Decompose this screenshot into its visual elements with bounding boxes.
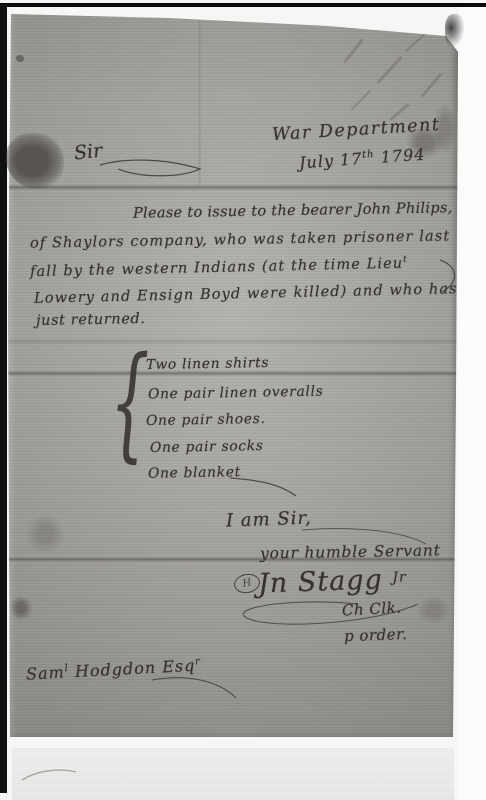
fold-crease-faint: [8, 338, 460, 345]
signer-title: Ch Clk.: [342, 598, 402, 619]
paper-corner-shadow: [445, 14, 465, 48]
scanned-letter-page: War Department July 17th 1794 Sir Please…: [0, 0, 486, 800]
signature-name: Jn Stagg: [258, 564, 384, 599]
issue-item-3: One pair shoes.: [146, 411, 266, 429]
addressee-sup2: r: [195, 656, 201, 667]
scan-frame-top: [0, 3, 486, 7]
paren-flourish: [436, 258, 466, 294]
scan-frame-left: [0, 5, 7, 793]
fold-crease-1: [8, 184, 460, 191]
issue-item-2: One pair linen overalls: [148, 383, 324, 402]
pencil-arc-bottom: [20, 764, 80, 784]
signature: Jn Stagg Jr: [258, 563, 408, 599]
addressee-pre: Sam: [26, 663, 66, 684]
scan-margin-right: [458, 7, 486, 800]
signer-note: p order.: [344, 625, 408, 645]
smudge-margin-left: [10, 596, 32, 620]
blanket-flourish: [228, 474, 300, 500]
list-brace: {: [110, 330, 149, 476]
valediction-line-2: your humble Servant: [260, 541, 441, 562]
smudge-lower-left: [26, 514, 64, 554]
body-line-5: just returned.: [36, 311, 146, 329]
date-year: 1794: [380, 145, 426, 167]
salutation-flourish: [98, 155, 208, 181]
addressee-flourish: [150, 672, 240, 702]
body-line-3-sup: t: [403, 255, 408, 265]
speck-top-left: [16, 55, 24, 62]
signature-suffix: Jr: [392, 569, 407, 585]
issue-item-4: One pair socks: [150, 438, 264, 456]
issue-item-1: Two linen shirts: [146, 355, 269, 373]
date-ordinal: th: [362, 149, 375, 161]
